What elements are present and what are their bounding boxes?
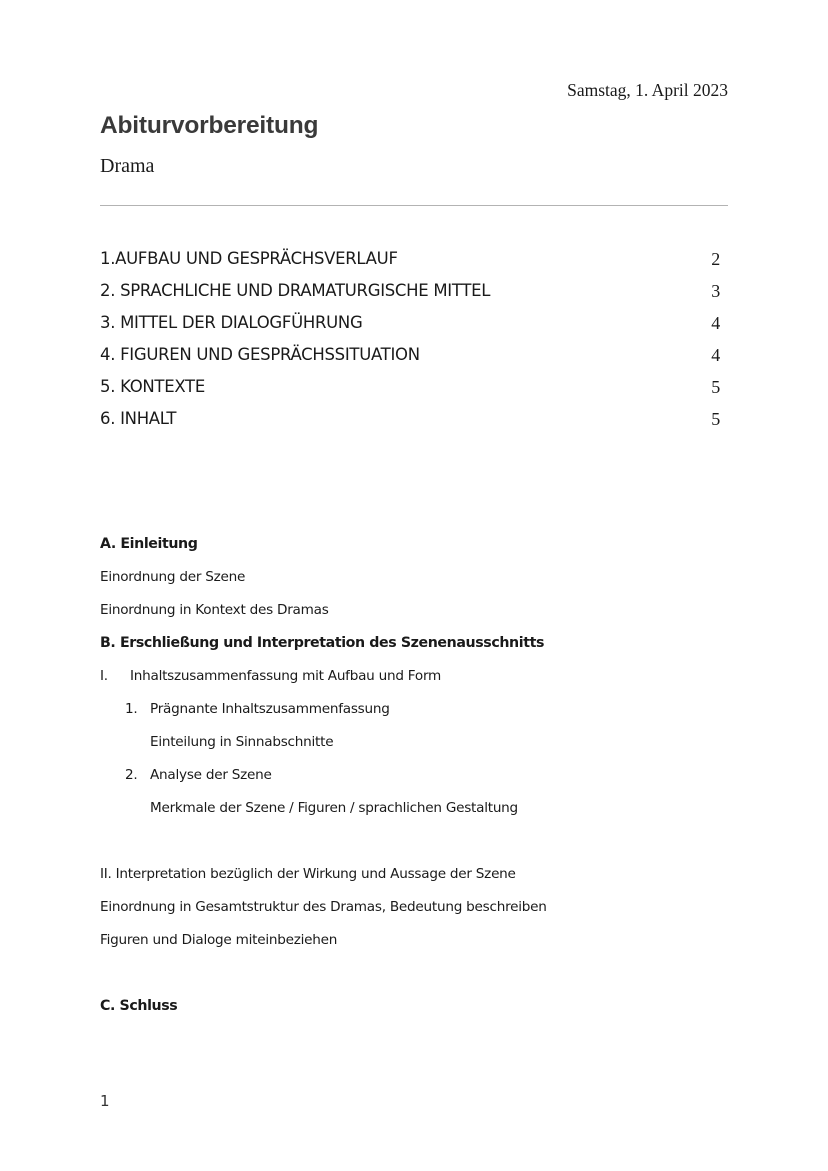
toc-entry[interactable]: 1.AUFBAU UND GESPRÄCHSVERLAUF 2 [100, 247, 720, 279]
spacer [100, 829, 740, 862]
toc-entry-page: 2 [711, 247, 720, 279]
toc-entry[interactable]: 3. MITTEL DER DIALOGFÜHRUNG 4 [100, 311, 720, 343]
toc-entry-page: 3 [711, 279, 720, 311]
toc-entry-label: 6. INHALT [100, 407, 176, 439]
part-1-sub-2: 2.Analyse der Szene [100, 763, 740, 796]
document-subtitle: Drama [100, 155, 154, 178]
document-date: Samstag, 1. April 2023 [567, 80, 728, 101]
essay-outline: A. Einleitung Einordnung der Szene Einor… [100, 532, 740, 1027]
toc-entry[interactable]: 4. FIGUREN UND GESPRÄCHSSITUATION 4 [100, 343, 720, 375]
table-of-contents: 1.AUFBAU UND GESPRÄCHSVERLAUF 2 2. SPRAC… [100, 247, 720, 439]
section-c-heading: C. Schluss [100, 994, 740, 1027]
part-2-item: Einordnung in Gesamtstruktur des Dramas,… [100, 895, 740, 928]
toc-entry-label: 1.AUFBAU UND GESPRÄCHSVERLAUF [100, 247, 398, 279]
sub-2-detail: Merkmale der Szene / Figuren / sprachlic… [100, 796, 740, 829]
section-a-heading: A. Einleitung [100, 532, 740, 565]
section-b-heading: B. Erschließung und Interpretation des S… [100, 631, 740, 664]
part-2-item: Figuren und Dialoge miteinbeziehen [100, 928, 740, 961]
toc-entry[interactable]: 6. INHALT 5 [100, 407, 720, 439]
toc-entry-page: 4 [711, 343, 720, 375]
toc-entry-label: 5. KONTEXTE [100, 375, 205, 407]
page-number: 1 [100, 1092, 110, 1110]
sub-1-label: Prägnante Inhaltszusammenfassung [150, 701, 390, 717]
section-b-part-1: I.Inhaltszusammenfassung mit Aufbau und … [100, 664, 740, 697]
document-title: Abiturvorbereitung [100, 112, 318, 140]
document-page: Samstag, 1. April 2023 Abiturvorbereitun… [0, 0, 828, 1171]
part-1-numeral: I. [100, 664, 130, 688]
sub-2-number: 2. [125, 763, 150, 787]
sub-2-label: Analyse der Szene [150, 767, 272, 783]
part-1-label: Inhaltszusammenfassung mit Aufbau und Fo… [130, 668, 441, 684]
toc-entry[interactable]: 2. SPRACHLICHE UND DRAMATURGISCHE MITTEL… [100, 279, 720, 311]
spacer [100, 961, 740, 994]
header-divider [100, 205, 728, 206]
toc-entry-label: 2. SPRACHLICHE UND DRAMATURGISCHE MITTEL [100, 279, 490, 311]
section-b-part-2: II. Interpretation bezüglich der Wirkung… [100, 862, 740, 895]
toc-entry[interactable]: 5. KONTEXTE 5 [100, 375, 720, 407]
toc-entry-label: 3. MITTEL DER DIALOGFÜHRUNG [100, 311, 362, 343]
toc-entry-page: 5 [711, 407, 720, 439]
part-1-sub-1: 1.Prägnante Inhaltszusammenfassung [100, 697, 740, 730]
toc-entry-page: 5 [711, 375, 720, 407]
section-a-item: Einordnung der Szene [100, 565, 740, 598]
toc-entry-page: 4 [711, 311, 720, 343]
sub-1-detail: Einteilung in Sinnabschnitte [100, 730, 740, 763]
sub-1-number: 1. [125, 697, 150, 721]
section-a-item: Einordnung in Kontext des Dramas [100, 598, 740, 631]
toc-entry-label: 4. FIGUREN UND GESPRÄCHSSITUATION [100, 343, 420, 375]
